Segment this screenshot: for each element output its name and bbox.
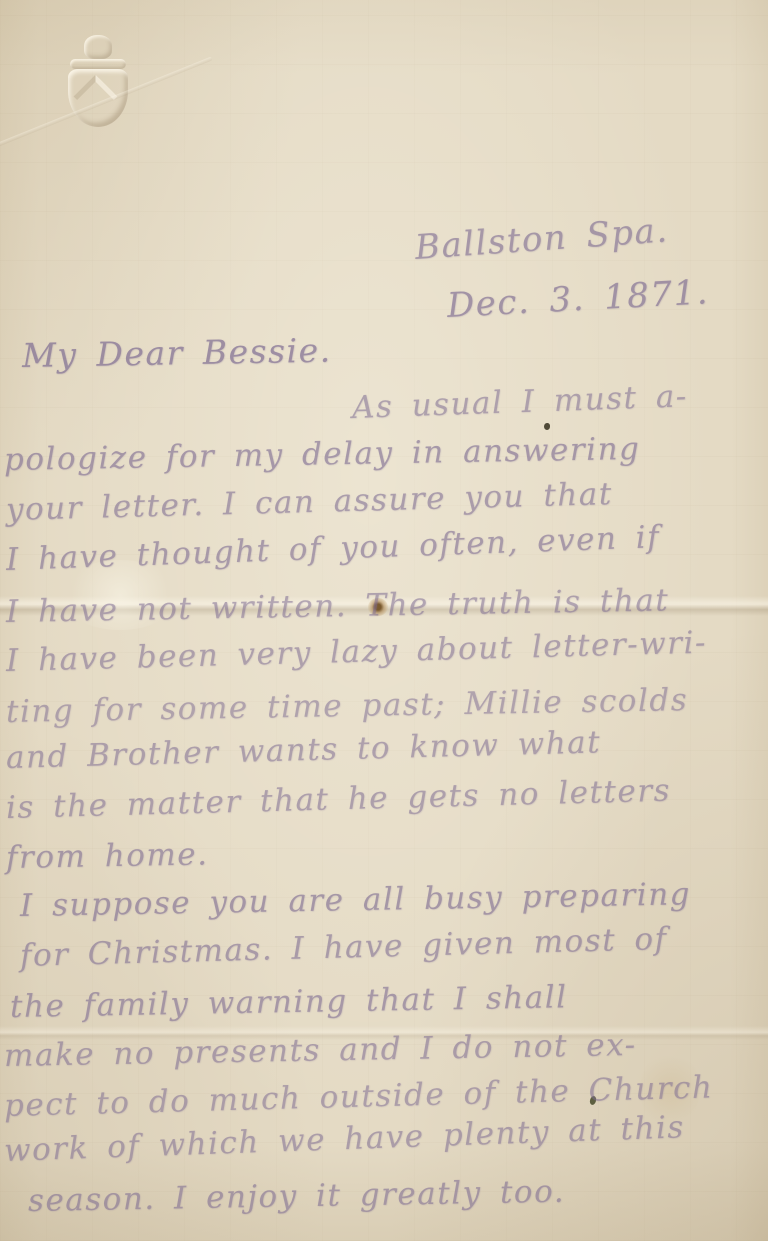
letter-line: I have thought of you often, even if [5,519,660,578]
letter-line: I suppose you are all busy preparing [20,876,692,924]
ink-speck [544,423,550,430]
letter-line: I have been very lazy about letter-wri- [6,625,708,679]
letter-line: season. I enjoy it greatly too. [28,1174,566,1219]
letter-line: your letter. I can assure you that [6,476,614,528]
letter-line: ting for some time past; Millie scolds [6,682,689,730]
date-line: Dec. 3. 1871. [446,272,710,326]
crest-torse [70,59,126,69]
letter-line: for Christmas. I have given most of [20,921,668,974]
place-line: Ballston Spa. [414,210,670,268]
letter-line: from home. [6,836,209,876]
salutation: My Dear Bessie. [22,331,332,375]
letter-page: Ballston Spa. Dec. 3. 1871. My Dear Bess… [0,0,768,1241]
letter-line: and Brother wants to know what [6,724,602,776]
crest-knot [84,35,112,59]
letter-line: As usual I must a- [351,378,688,426]
letter-line: pologize for my delay in answering [4,431,641,478]
letter-line: is the matter that he gets no letters [6,773,672,826]
letter-line: the family warning that I shall [10,979,568,1025]
